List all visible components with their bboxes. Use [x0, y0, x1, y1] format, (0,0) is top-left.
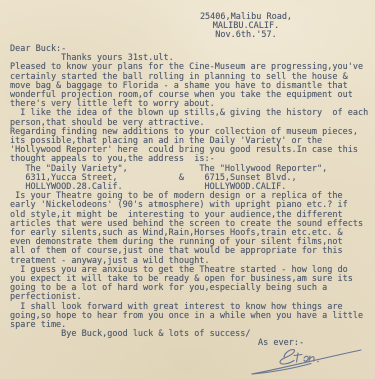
letter-paper: 25406,Malibu Road, MALIBU.CALIF. Nov.6th…: [0, 0, 375, 379]
signature-underline-icon: [252, 350, 361, 374]
sender-address: 25406,Malibu Road, MALIBU.CALIF. Nov.6th…: [182, 13, 310, 41]
signature-scrawl: [249, 345, 369, 377]
signature-s-icon: [280, 350, 294, 364]
signature-period-icon: [317, 361, 319, 363]
signature-t-icon: [294, 353, 302, 362]
letter-body: Dear Buck:- Thanks yours 31st.ult. Pleas…: [10, 45, 368, 340]
